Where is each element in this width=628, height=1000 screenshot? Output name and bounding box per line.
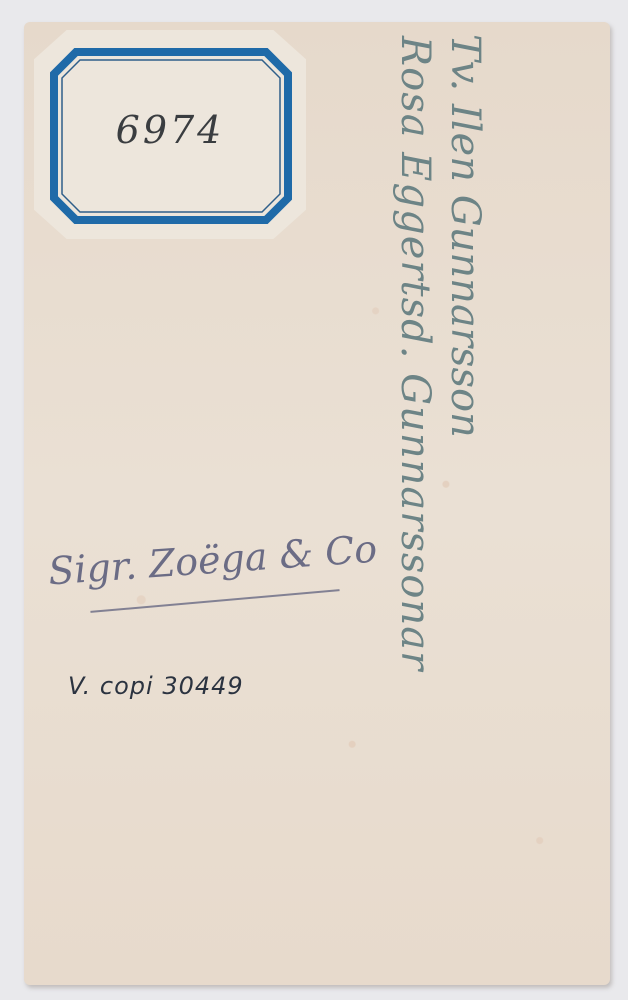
inscription-line-1: Tv. Ilen Gunnarsson	[442, 34, 488, 438]
catalog-label: 6974	[34, 30, 306, 239]
catalog-number: 6974	[34, 108, 306, 152]
photo-card-back: 6974	[24, 22, 610, 985]
copy-reference: V. copi 30449	[68, 672, 244, 700]
inscription-line-2: Rosa Eggertsd. Gunnarssonar	[392, 36, 438, 671]
